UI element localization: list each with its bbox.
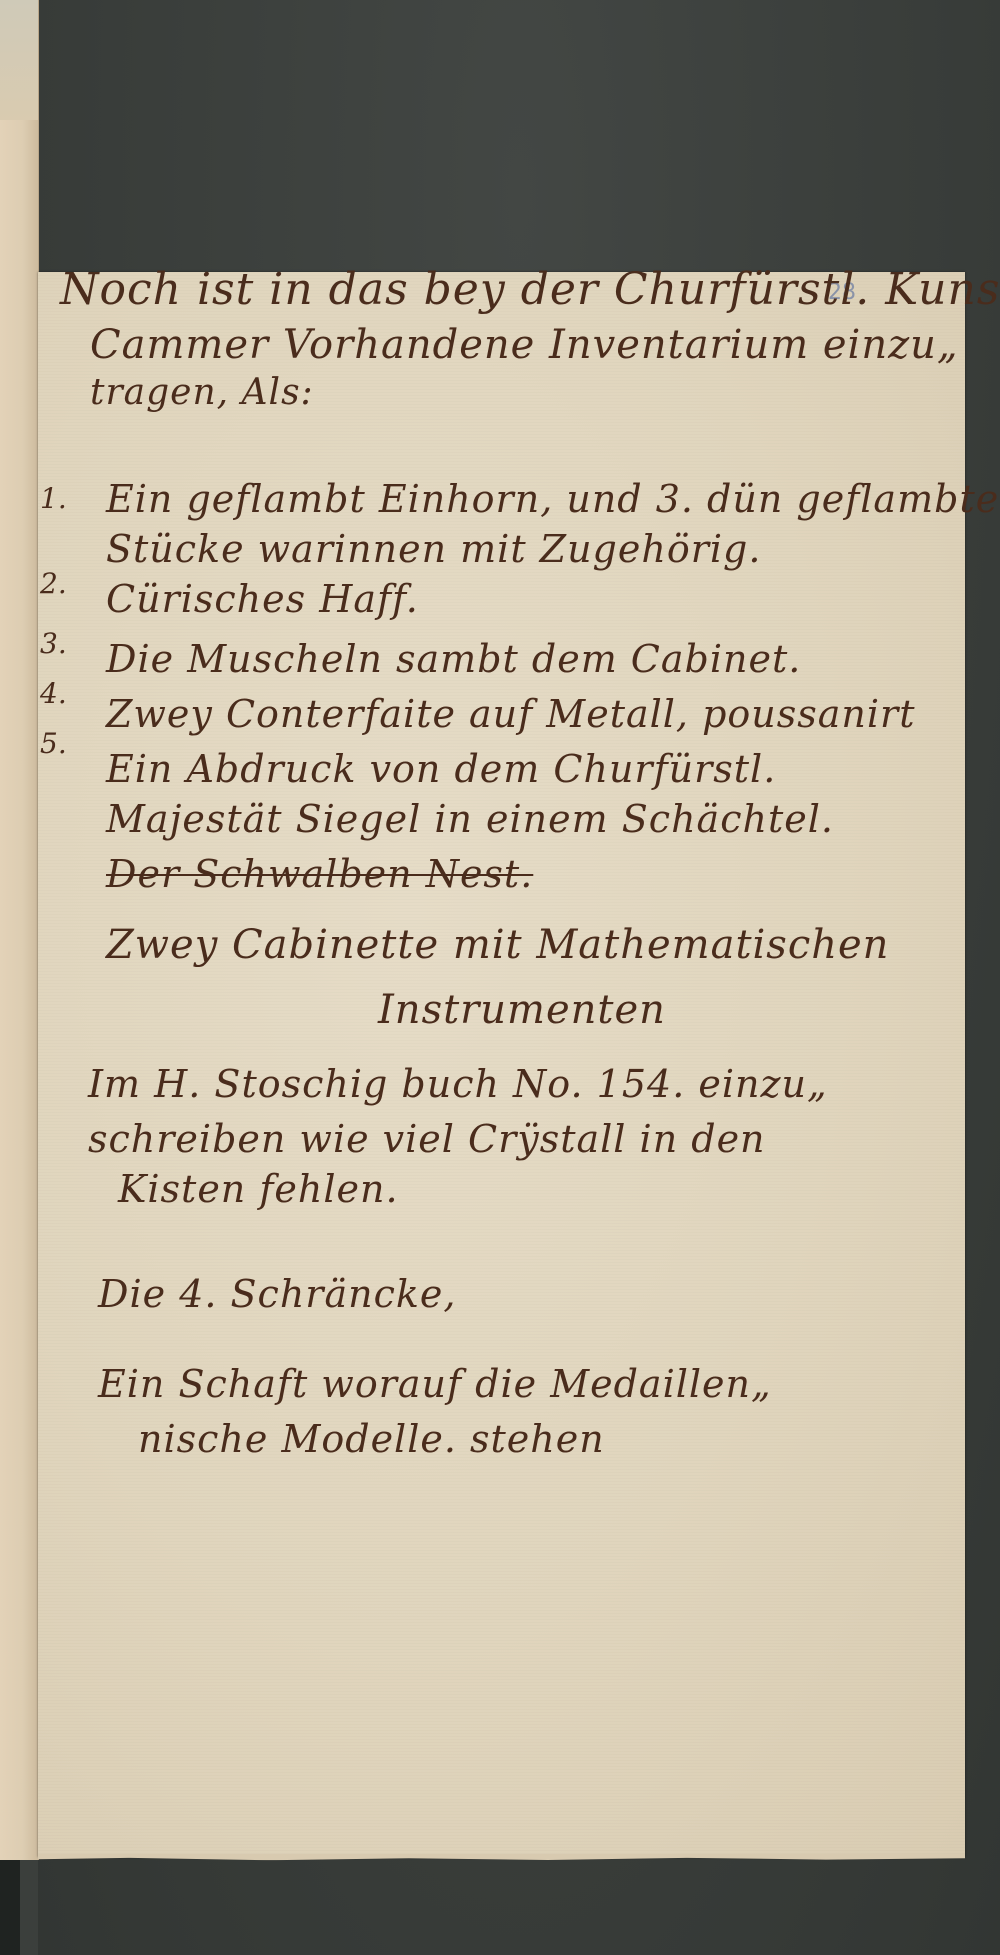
previous-page-torn-corner xyxy=(0,0,38,120)
entry-10-line-1: Ein Schaft worauf die Medaillen„ xyxy=(98,1362,772,1406)
entry-5-line-2: Majestät Siegel in einem Schächtel. xyxy=(106,797,834,841)
manuscript-page: 28 Noch ist in das bey der Churfürstl. K… xyxy=(38,272,965,1857)
entry-8-line-2: schreiben wie viel Crÿstall in den xyxy=(88,1117,766,1161)
margin-number: 5. xyxy=(40,727,67,760)
heading-line-1: Noch ist in das bey der Churfürstl. Kuns… xyxy=(60,264,1000,315)
heading-line-2: Cammer Vorhandene Inventarium einzu„ xyxy=(90,322,959,368)
entry-7-line-2: Instrumenten xyxy=(378,987,666,1033)
heading-line-3: tragen, Als: xyxy=(90,372,314,413)
entry-1-line-1: Ein geflambt Einhorn, und 3. dün geflamb… xyxy=(106,477,999,521)
margin-number: 4. xyxy=(40,677,67,710)
entry-2: Cürisches Haff. xyxy=(106,577,419,621)
entry-3: Die Muscheln sambt dem Cabinet. xyxy=(106,637,801,681)
entry-5-line-1: Ein Abdruck von dem Churfürstl. xyxy=(106,747,776,791)
entry-8-line-1: Im H. Stoschig buch No. 154. einzu„ xyxy=(88,1062,828,1106)
entry-6-struck: Der Schwalben Nest. xyxy=(106,852,533,896)
entry-7-line-1: Zwey Cabinette mit Mathematischen xyxy=(106,922,889,968)
binding-spine xyxy=(0,1860,20,1955)
margin-number: 3. xyxy=(40,627,67,660)
margin-number: 1. xyxy=(40,482,67,515)
entry-1-line-2: Stücke warinnen mit Zugehörig. xyxy=(106,527,761,571)
entry-9: Die 4. Schräncke, xyxy=(98,1272,456,1316)
margin-number: 2. xyxy=(40,567,67,600)
previous-page-edge xyxy=(0,0,39,1860)
entry-4: Zwey Conterfaite auf Metall, poussanirt xyxy=(106,692,915,736)
entry-8-line-3: Kisten fehlen. xyxy=(118,1167,399,1211)
entry-10-line-2: nische Modelle. stehen xyxy=(138,1417,605,1461)
